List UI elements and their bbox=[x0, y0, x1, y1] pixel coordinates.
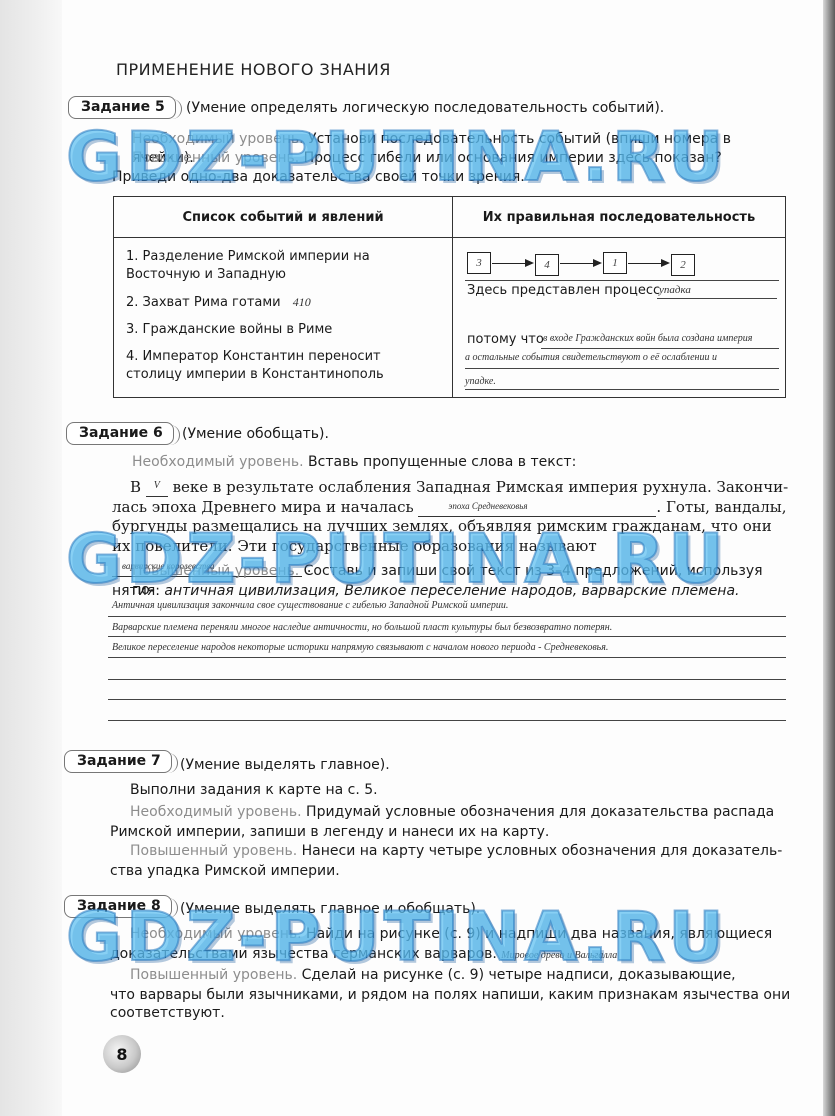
events-list-cell: 1. Разделение Римской империи на Восточн… bbox=[114, 238, 453, 398]
level-label: Необходимый уровень. bbox=[130, 926, 302, 942]
page-binding-edge bbox=[823, 0, 835, 1116]
arrow-icon bbox=[492, 263, 532, 264]
task-7-intro: Выполни задания к карте на с. 5. bbox=[130, 781, 378, 800]
sequence-box-2[interactable]: 4 bbox=[535, 254, 559, 276]
task-8-skill: (Умение выделять главное и обобщать). bbox=[180, 901, 480, 917]
sequence-box-4[interactable]: 2 bbox=[671, 254, 695, 276]
section-title: ПРИМЕНЕНИЕ НОВОГО ЗНАНИЯ bbox=[116, 60, 391, 79]
fill-answer-epoch[interactable]: эпоха Средневековья bbox=[418, 496, 656, 517]
event-item: 1. Разделение Римской империи на Восточн… bbox=[126, 248, 426, 284]
key-concepts: античная цивилизация, Великое переселени… bbox=[164, 583, 739, 599]
instruction: Найди на рисунке (с. 9) и надпиши два на… bbox=[306, 926, 772, 942]
arrow-icon bbox=[628, 263, 668, 264]
fill-answer-century[interactable]: V bbox=[146, 476, 168, 497]
task-8-advanced: Повышенный уровень. Сделай на рисунке (с… bbox=[130, 966, 790, 985]
because-answer-line-2[interactable]: а остальные события свидетельствуют о её… bbox=[465, 352, 717, 363]
events-table: Список событий и явлений Их правильная п… bbox=[113, 196, 786, 398]
because-answer-line-3[interactable]: упадке. bbox=[465, 376, 496, 387]
task-8-answer[interactable]: Мировое древо и Вальгалла bbox=[501, 950, 617, 961]
task-7-advanced-cont: ства упадка Римской империи. bbox=[110, 862, 340, 881]
task-6-advanced-cont: нятия: античная цивилизация, Великое пер… bbox=[112, 582, 740, 601]
task-5-advanced-cont: Приведи одно-два доказательства своей то… bbox=[112, 168, 525, 187]
level-label: Необходимый уровень. bbox=[132, 131, 304, 147]
instruction: Процесс гибели или основания империи зде… bbox=[304, 150, 722, 166]
col-header-sequence: Их правильная последовательность bbox=[453, 197, 786, 238]
task-5-advanced: Повышенный уровень. Процесс гибели или о… bbox=[132, 149, 792, 168]
answer-line-5[interactable] bbox=[108, 699, 786, 700]
task-7-advanced: Повышенный уровень. Нанеси на карту четы… bbox=[130, 842, 790, 861]
task-8-advanced-cont2: соответствуют. bbox=[110, 1004, 225, 1023]
instruction: Сделай на рисунке (с. 9) четыре надписи,… bbox=[302, 967, 736, 983]
task-5-badge: Задание 5 bbox=[68, 96, 176, 119]
answer-line-6[interactable] bbox=[108, 720, 786, 721]
page-number: 8 bbox=[103, 1035, 141, 1073]
answer-line-1[interactable]: Античная цивилизация закончила свое суще… bbox=[112, 600, 508, 611]
instruction: Придумай условные обозначения для доказа… bbox=[306, 804, 774, 820]
event-item: 4. Император Константин переносит столиц… bbox=[126, 348, 436, 384]
event-item: 2. Захват Рима готами 410 bbox=[126, 293, 452, 312]
task-8-required-cont: доказательствами язычества германских ва… bbox=[110, 945, 617, 965]
task-6-skill: (Умение обобщать). bbox=[182, 426, 329, 442]
level-label: Повышенный уровень. bbox=[132, 563, 299, 579]
task-6-required: Необходимый уровень. Вставь пропущенные … bbox=[132, 453, 576, 472]
task-6-badge: Задание 6 bbox=[66, 422, 174, 445]
event-item: 3. Гражданские войны в Риме bbox=[126, 321, 452, 339]
fill-in-line-3: бургунды размещались на лучших землях, о… bbox=[112, 516, 790, 536]
process-label: Здесь представлен процесс bbox=[467, 283, 660, 298]
task-7-badge: Задание 7 bbox=[64, 750, 172, 773]
level-label: Повышенный уровень. bbox=[132, 150, 299, 166]
answer-line-2[interactable]: Варварские племена переняли многое насле… bbox=[112, 622, 612, 633]
because-answer-line-1[interactable]: в входе Гражданских войн была создана им… bbox=[543, 333, 752, 344]
task-7-required: Необходимый уровень. Придумай условные о… bbox=[130, 803, 790, 822]
task-7-required-cont: Римской империи, запиши в легенду и нане… bbox=[110, 823, 549, 842]
because-label: потому что bbox=[467, 332, 544, 347]
instruction: Вставь пропущенные слова в текст: bbox=[308, 454, 576, 470]
fill-in-line-2: лась эпоха Древнего мира и началась эпох… bbox=[112, 496, 790, 517]
sequence-box-1[interactable]: 3 bbox=[467, 252, 491, 274]
arrow-icon bbox=[560, 263, 600, 264]
sequence-cell: 3 4 1 2 Здесь представлен процесс упадка… bbox=[453, 238, 786, 398]
process-answer[interactable]: упадка bbox=[659, 284, 691, 296]
level-label: Необходимый уровень. bbox=[130, 804, 302, 820]
answer-line-4[interactable] bbox=[108, 679, 786, 680]
answer-line-3[interactable]: Великое переселение народов некоторые ис… bbox=[112, 642, 608, 653]
task-8-advanced-cont: что варвары были язычниками, и рядом на … bbox=[110, 986, 790, 1005]
level-label: Повышенный уровень. bbox=[130, 843, 297, 859]
task-8-required: Необходимый уровень. Найди на рисунке (с… bbox=[130, 925, 790, 944]
task-7-skill: (Умение выделять главное). bbox=[180, 757, 390, 773]
task-8-badge: Задание 8 bbox=[64, 895, 172, 918]
instruction: Нанеси на карту четыре условных обозначе… bbox=[302, 843, 783, 859]
level-label: Повышенный уровень. bbox=[130, 967, 297, 983]
event-note: 410 bbox=[293, 295, 311, 309]
level-label: Необходимый уровень. bbox=[132, 454, 304, 470]
col-header-events: Список событий и явлений bbox=[114, 197, 453, 238]
task-5-skill: (Умение определять логическую последоват… bbox=[186, 100, 664, 116]
page-margin bbox=[0, 0, 62, 1116]
sequence-box-3[interactable]: 1 bbox=[603, 252, 627, 274]
fill-in-line-1: В V веке в результате ослабления Западна… bbox=[130, 476, 790, 497]
